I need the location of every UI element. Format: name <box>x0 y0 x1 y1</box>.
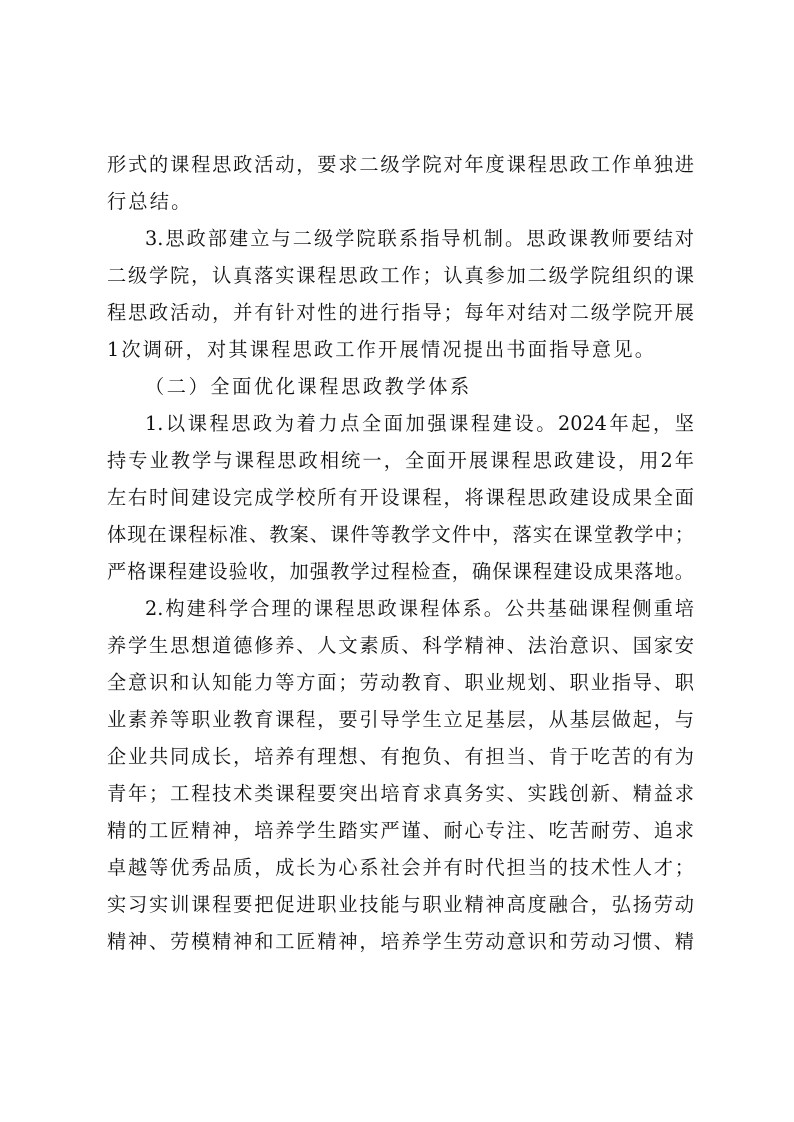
paragraph-line: 青年；工程技术类课程要突出培育求真务实、实践创新、精益求 <box>107 775 694 812</box>
paragraph-line: 卓越等优秀品质，成长为心系社会并有时代担当的技术性人才； <box>107 849 694 886</box>
paragraph-line: 二级学院，认真落实课程思政工作；认真参加二级学院组织的课 <box>107 257 694 294</box>
paragraph-line: 3.思政部建立与二级学院联系指导机制。思政课教师要结对 <box>107 220 694 257</box>
paragraph-line: 实习实训课程要把促进职业技能与职业精神高度融合，弘扬劳动 <box>107 886 694 923</box>
paragraph-line: 形式的课程思政活动，要求二级学院对年度课程思政工作单独进 <box>107 146 694 183</box>
section-heading: （二）全面优化课程思政教学体系 <box>107 368 694 405</box>
paragraph-line: 业素养等职业教育课程，要引导学生立足基层，从基层做起，与 <box>107 701 694 738</box>
paragraph-line: 企业共同成长，培养有理想、有抱负、有担当、肯于吃苦的有为 <box>107 738 694 775</box>
paragraph-line: 1.以课程思政为着力点全面加强课程建设。2024年起，坚 <box>107 405 694 442</box>
paragraph-line: 精神、劳模精神和工匠精神，培养学生劳动意识和劳动习惯、精 <box>107 923 694 960</box>
paragraph-line: 体现在课程标准、教案、课件等教学文件中，落实在课堂教学中； <box>107 516 694 553</box>
paragraph-line: 2.构建科学合理的课程思政课程体系。公共基础课程侧重培 <box>107 590 694 627</box>
paragraph-line: 左右时间建设完成学校所有开设课程，将课程思政建设成果全面 <box>107 479 694 516</box>
paragraph-line: 全意识和认知能力等方面；劳动教育、职业规划、职业指导、职 <box>107 664 694 701</box>
paragraph-line: 行总结。 <box>107 183 694 220</box>
paragraph-line: 严格课程建设验收，加强教学过程检查，确保课程建设成果落地。 <box>107 553 694 590</box>
paragraph-line: 程思政活动，并有针对性的进行指导；每年对结对二级学院开展 <box>107 294 694 331</box>
paragraph-line: 1次调研，对其课程思政工作开展情况提出书面指导意见。 <box>107 331 694 368</box>
document-page: 形式的课程思政活动，要求二级学院对年度课程思政工作单独进 行总结。 3.思政部建… <box>107 146 694 960</box>
paragraph-line: 持专业教学与课程思政相统一，全面开展课程思政建设，用2年 <box>107 442 694 479</box>
paragraph-line: 精的工匠精神，培养学生踏实严谨、耐心专注、吃苦耐劳、追求 <box>107 812 694 849</box>
paragraph-line: 养学生思想道德修养、人文素质、科学精神、法治意识、国家安 <box>107 627 694 664</box>
